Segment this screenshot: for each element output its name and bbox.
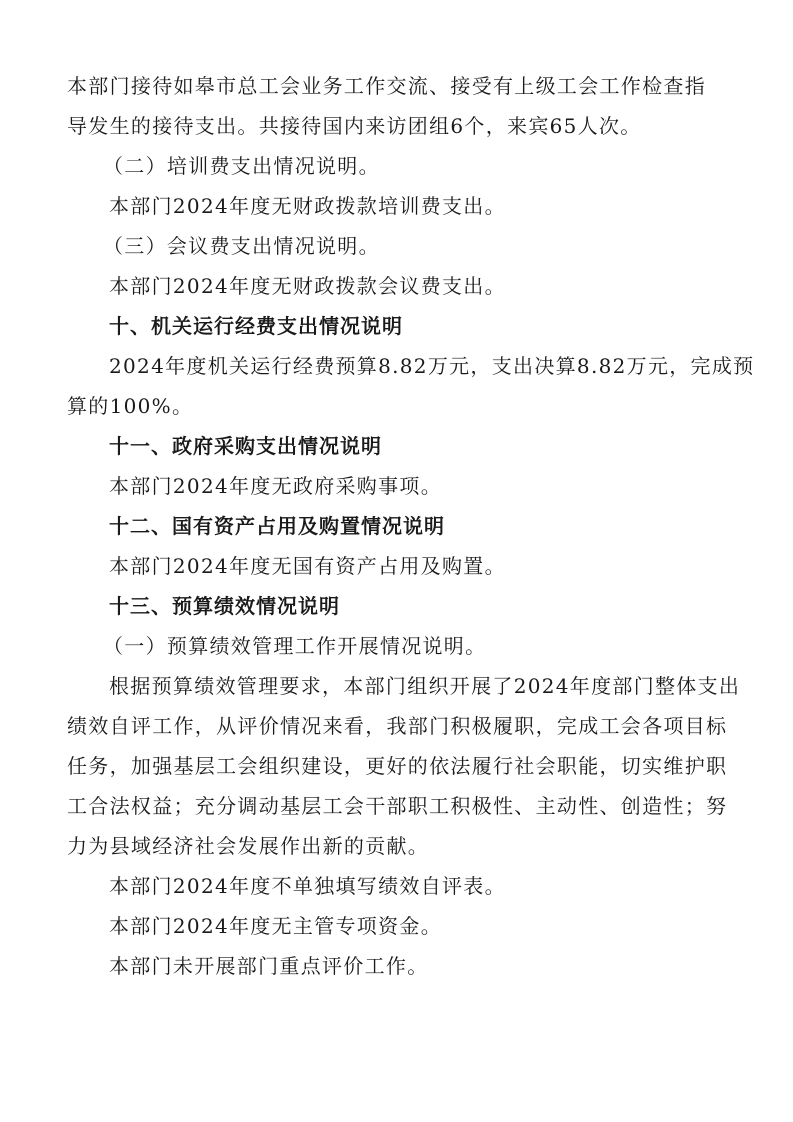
paragraph-line: 本部门2024年度无主管专项资金。 [67, 906, 712, 946]
paragraph-line: 绩效自评工作，从评价情况来看，我部门积极履职，完成工会各项目标 [67, 706, 712, 746]
paragraph-line: 本部门2024年度无国有资产占用及购置。 [67, 546, 712, 586]
paragraph-line: 算的100%。 [67, 386, 712, 426]
paragraph-line: 工合法权益；充分调动基层工会干部职工积极性、主动性、创造性；努 [67, 786, 712, 826]
paragraph-line: 本部门2024年度无财政拨款培训费支出。 [67, 186, 712, 226]
paragraph-line: 本部门2024年度无政府采购事项。 [67, 466, 712, 506]
paragraph-line: 本部门2024年度无财政拨款会议费支出。 [67, 266, 712, 306]
subsection-title: （二）培训费支出情况说明。 [67, 146, 712, 186]
section-heading: 十二、国有资产占用及购置情况说明 [67, 506, 712, 546]
subsection-title: （一）预算绩效管理工作开展情况说明。 [67, 626, 712, 666]
section-heading: 十、机关运行经费支出情况说明 [67, 306, 712, 346]
paragraph-line: 本部门未开展部门重点评价工作。 [67, 946, 712, 986]
paragraph-line: 本部门2024年度不单独填写绩效自评表。 [67, 866, 712, 906]
document-page: 本部门接待如皋市总工会业务工作交流、接受有上级工会工作检查指 导发生的接待支出。… [67, 66, 712, 986]
paragraph-line: 根据预算绩效管理要求，本部门组织开展了2024年度部门整体支出 [67, 666, 712, 706]
paragraph-line: 任务，加强基层工会组织建设，更好的依法履行社会职能，切实维护职 [67, 746, 712, 786]
paragraph-line: 2024年度机关运行经费预算8.82万元，支出决算8.82万元，完成预 [67, 346, 712, 386]
paragraph-line: 力为县域经济社会发展作出新的贡献。 [67, 826, 712, 866]
paragraph-line: 导发生的接待支出。共接待国内来访团组6个，来宾65人次。 [67, 106, 712, 146]
section-heading: 十一、政府采购支出情况说明 [67, 426, 712, 466]
paragraph-line: 本部门接待如皋市总工会业务工作交流、接受有上级工会工作检查指 [67, 66, 712, 106]
section-heading: 十三、预算绩效情况说明 [67, 586, 712, 626]
subsection-title: （三）会议费支出情况说明。 [67, 226, 712, 266]
